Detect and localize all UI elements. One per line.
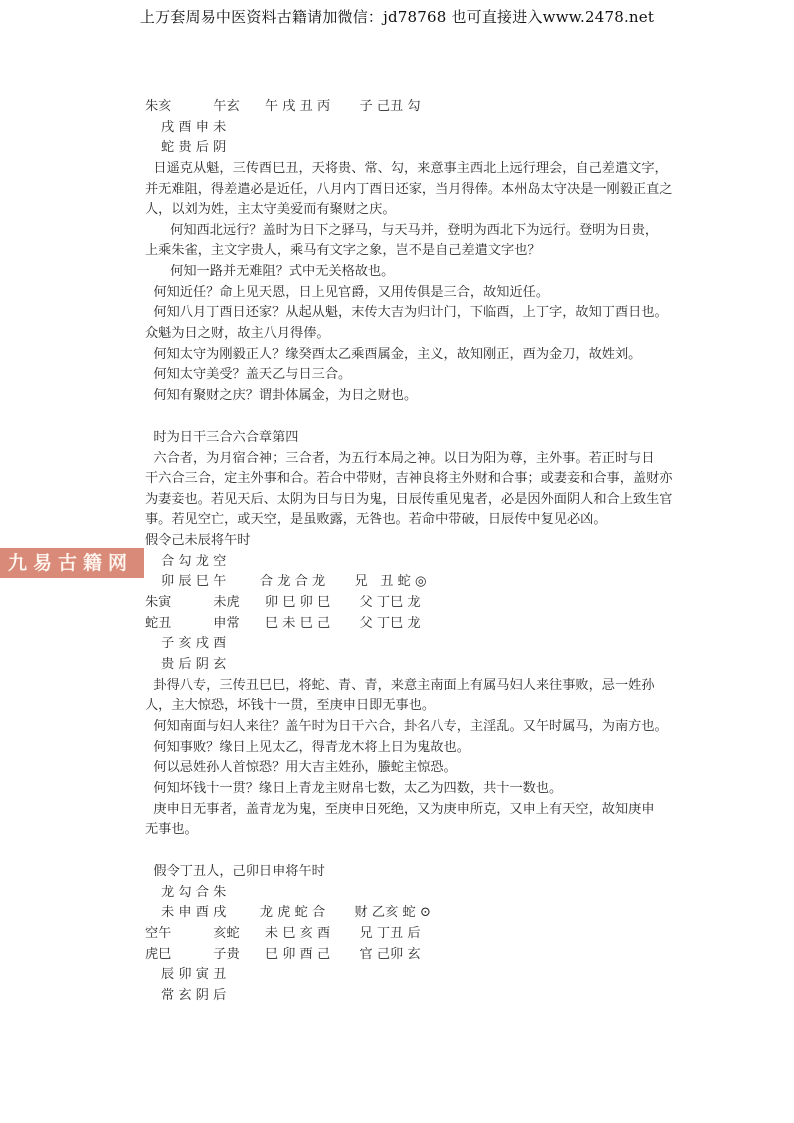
text-line: 龙 勾 合 朱 [161,883,226,903]
text-line: 六合者，为月宿合神；三合者，为五行本局之神。以日为阳为尊，主外事。若正时与日 [145,449,655,469]
text-line: 辰 卯 寅 丑 [161,965,226,985]
text-line: 虎巳 子贵 巳 卯 酉 己 官 己卯 玄 [145,945,421,965]
text-line: 何知西北远行？盖时为日下之驿马，与天马并，登明为西北下为远行。登明为日贵， [145,221,658,241]
text-line: 卦得八专，三传丑巳巳，将蛇、青、青，来意主南面上有属马妇人来往事败，忌一姓孙 [145,676,655,696]
text-line: 何知一路并无难阻？式中无关格故也。 [145,262,394,282]
text-line: 空午 亥蛇 未 巳 亥 酉 兄 丁丑 后 [145,924,421,944]
text-line: 时为日干三合六合章第四 [145,428,298,448]
text-line: 合 勾 龙 空 [161,552,226,572]
text-line: 假令丁丑人，己卯日申将午时 [145,862,325,882]
text-line: 上乘朱雀，主文字贵人，乘马有文字之象，岂不是自己差遣文字也？ [145,241,541,261]
text-line: 为妻妾也。若见天后、太阴为日与日为鬼，日辰传重见鬼者，必是因外面阴人和合上致生官 [145,490,673,510]
text-line: 事。若见空亡，或天空，是虽败露，无咎也。若命中带破，日辰传中复见必凶。 [145,510,607,530]
text-line: 日遥克从魁，三传酉巳丑，天将贵、常、勾，来意事主西北上远行理会，自己差遣文字， [145,159,668,179]
text-line: 何知近任？命上见天恩，日上见官爵，又用传俱是三合，故知近任。 [145,283,549,303]
text-line: 何知太守美受？盖天乙与日三合。 [145,365,351,385]
text-line: 贵 后 阴 玄 [161,655,226,675]
text-line: 干六合三合，定主外事和合。若合中带财，吉神良将主外财和合事；或妻妾和合事，盖财亦 [145,469,673,489]
text-line: 未 申 酉 戌 龙 虎 蛇 合 财 乙亥 蛇 ⊙ [161,903,431,923]
site-watermark-logo: 九易古籍网 [0,548,144,578]
text-line: 何知有聚财之庆？谓卦体属金，为日之财也。 [145,386,417,406]
text-line: 子 亥 戌 酉 [161,634,226,654]
text-line: 何知事败？缘日上见太乙，得青龙木将上日为鬼故也。 [145,738,470,758]
text-line: 常 玄 阴 后 [161,986,226,1006]
text-line: 蛇丑 申常 巳 未 巳 己 父 丁巳 龙 [145,614,421,634]
text-line: 何以忌姓孙人首惊恐？用大吉主姓孙，螣蛇主惊恐。 [145,758,457,778]
text-line: 朱寅 未虎 卯 巳 卯 巳 父 丁巳 龙 [145,593,421,613]
text-line: 无事也。 [145,820,198,840]
text-line: 并无难阻，得差遣必是近任，八月内丁酉日还家，当月得俸。本州岛太守决是一刚毅正直之 [145,180,673,200]
text-line: 假令己未辰将午时 [145,531,251,551]
text-line: 卯 辰 巳 午 合 龙 合 龙 兄 丑 蛇 ◎ [161,572,427,592]
text-line: 何知太守为刚毅正人？缘癸酉太乙乘酉属金，主义，故知刚正，酉为金刀，故姓刘。 [145,345,641,365]
text-line: 人，主大惊恐，坏钱十一贯，至庚申日即无事也。 [145,696,435,716]
text-line: 何知坏钱十一贯？缘日上青龙主财帛七数，太乙为四数，共十一数也。 [145,779,562,799]
page-header-banner: 上万套周易中医资料古籍请加微信：jd78768 也可直接进入www.2478.n… [0,6,794,27]
text-line: 蛇 贵 后 阴 [161,138,226,158]
text-line: 庚申日无事者，盖青龙为鬼，至庚申日死绝，又为庚申所克，又申上有天空，故知庚申 [145,800,655,820]
text-line: 众魁为日之财，故主八月得俸。 [145,324,330,344]
text-line: 何知南面与妇人来往？盖午时为日干六合，卦名八专，主淫乱。又午时属马，为南方也。 [145,717,668,737]
text-line: 何知八月丁酉日还家？从起从魁，末传大吉为归计门，下临酉，上丁字，故知丁酉日也。 [145,303,668,323]
text-line: 人，以刘为姓，主太守美爱而有聚财之庆。 [145,200,396,220]
text-line: 朱亥 午玄 午 戌 丑 丙 子 己丑 勾 [145,97,421,117]
text-line: 戌 酉 申 未 [161,118,226,138]
